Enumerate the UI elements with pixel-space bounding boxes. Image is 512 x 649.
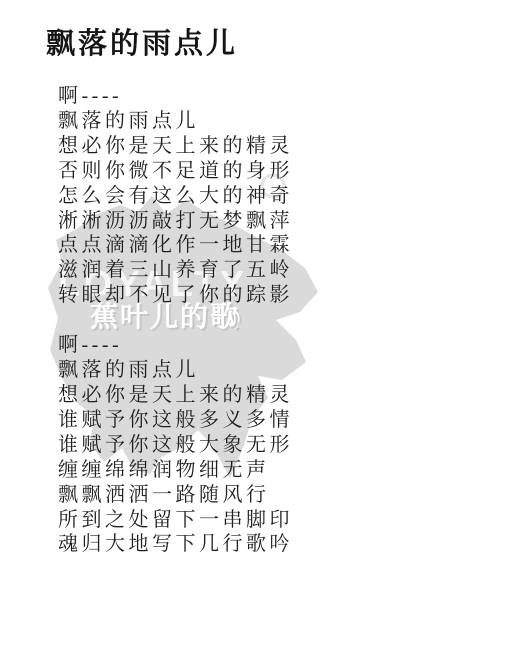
lyric-line: 想必你是天上来的精灵: [58, 383, 512, 408]
stanza-2: 啊----飘落的雨点儿想必你是天上来的精灵谁赋予你这般多义多情谁赋予你这般大象无…: [58, 333, 512, 557]
lyrics-content: 飘落的雨点儿 啊----飘落的雨点儿想必你是天上来的精灵否则你微不足道的身形怎么…: [0, 26, 512, 557]
lyric-line: 飘飘洒洒一路随风行: [58, 483, 512, 508]
lyric-line: 谁赋予你这般大象无形: [58, 433, 512, 458]
lyric-line: 啊----: [58, 84, 512, 109]
stanza-1: 啊----飘落的雨点儿想必你是天上来的精灵否则你微不足道的身形怎么会有这么大的神…: [58, 84, 512, 308]
lyric-line: 魂归大地写下几行歌吟: [58, 532, 512, 557]
lyric-line: 谁赋予你这般多义多情: [58, 408, 512, 433]
lyric-line: 怎么会有这么大的神奇: [58, 184, 512, 209]
page-title: 飘落的雨点儿: [46, 26, 512, 62]
lyrics-page: LOYALTY 蕉叶儿的歌 蕉叶儿的歌 ♪ ♪ 飘落的雨点儿 啊----飘落的雨…: [0, 0, 512, 649]
lyric-line: 缠缠绵绵润物细无声: [58, 458, 512, 483]
lyric-line: 飘落的雨点儿: [58, 109, 512, 134]
lyric-line: 转眼却不见了你的踪影: [58, 283, 512, 308]
lyric-line: 所到之处留下一串脚印: [58, 508, 512, 533]
lyric-line: 啊----: [58, 333, 512, 358]
lyric-line: 否则你微不足道的身形: [58, 159, 512, 184]
lyric-line: 滋润着三山养育了五岭: [58, 258, 512, 283]
lyric-line: 飘落的雨点儿: [58, 358, 512, 383]
lyric-line: 淅淅沥沥敲打无梦飘萍: [58, 209, 512, 234]
lyric-line: 点点滴滴化作一地甘霖: [58, 233, 512, 258]
lyric-line: 想必你是天上来的精灵: [58, 134, 512, 159]
